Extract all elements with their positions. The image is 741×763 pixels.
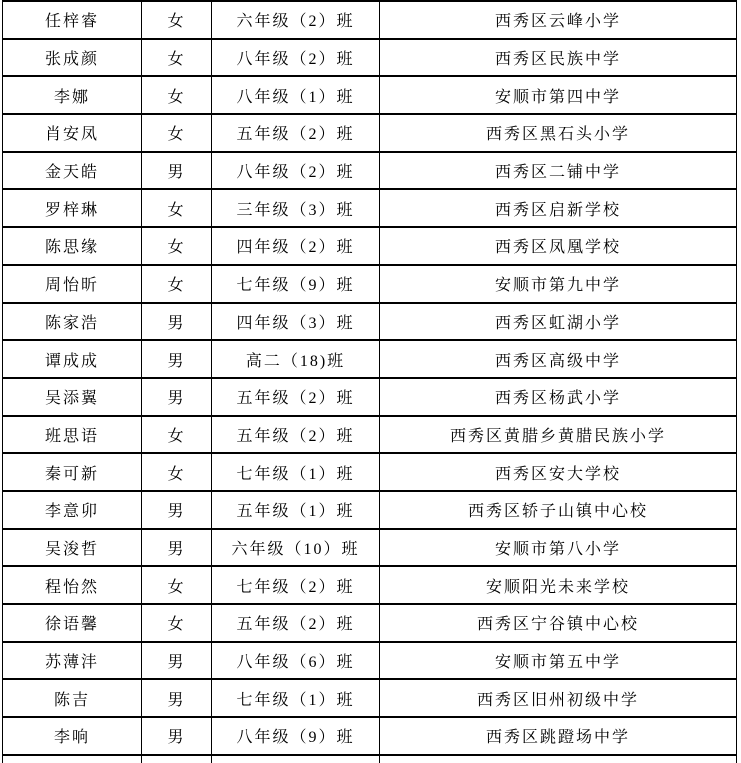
cell-gender: 男 bbox=[142, 303, 212, 341]
table-row: 陈思缘女四年级（2）班西秀区凤凰学校 bbox=[3, 227, 737, 265]
cell-school: 安顺市第四中学 bbox=[380, 76, 737, 114]
cell-grade-class: 六年级（10）班 bbox=[212, 529, 380, 567]
cell-grade-class: 八年级（9）班 bbox=[212, 717, 380, 755]
cell-name: 苏薄沣 bbox=[3, 642, 142, 680]
table-row: 李响男八年级（9）班西秀区跳蹬场中学 bbox=[3, 717, 737, 755]
cell-school: 西秀区黄腊乡黄腊民族小学 bbox=[380, 416, 737, 454]
cell-grade-class: 八年级（1）班 bbox=[212, 76, 380, 114]
cell-school: 安顺市第五中学 bbox=[380, 642, 737, 680]
cell-empty bbox=[3, 755, 142, 763]
table-body: 任梓睿女六年级（2）班西秀区云峰小学张成颜女八年级（2）班西秀区民族中学李娜女八… bbox=[3, 1, 737, 763]
cell-gender: 女 bbox=[142, 604, 212, 642]
cell-gender: 男 bbox=[142, 378, 212, 416]
cell-school: 西秀区旧州初级中学 bbox=[380, 679, 737, 717]
cell-gender: 男 bbox=[142, 529, 212, 567]
table-row: 肖安凤女五年级（2）班西秀区黑石头小学 bbox=[3, 114, 737, 152]
cell-gender: 女 bbox=[142, 227, 212, 265]
cell-school: 西秀区凤凰学校 bbox=[380, 227, 737, 265]
cell-school: 西秀区杨武小学 bbox=[380, 378, 737, 416]
cell-name: 周怡昕 bbox=[3, 265, 142, 303]
cell-school: 西秀区虹湖小学 bbox=[380, 303, 737, 341]
table-row: 张成颜女八年级（2）班西秀区民族中学 bbox=[3, 39, 737, 77]
cell-name: 陈思缘 bbox=[3, 227, 142, 265]
cell-name: 秦可新 bbox=[3, 453, 142, 491]
cell-name: 肖安凤 bbox=[3, 114, 142, 152]
cell-gender: 男 bbox=[142, 491, 212, 529]
table-row: 程怡然女七年级（2）班安顺阳光未来学校 bbox=[3, 566, 737, 604]
cell-grade-class: 五年级（1）班 bbox=[212, 491, 380, 529]
cell-school: 西秀区民族中学 bbox=[380, 39, 737, 77]
cell-name: 李意卯 bbox=[3, 491, 142, 529]
cell-grade-class: 八年级（2）班 bbox=[212, 152, 380, 190]
student-roster-page: 任梓睿女六年级（2）班西秀区云峰小学张成颜女八年级（2）班西秀区民族中学李娜女八… bbox=[0, 0, 741, 763]
table-row: 徐语馨女五年级（2）班西秀区宁谷镇中心校 bbox=[3, 604, 737, 642]
cell-school: 安顺阳光未来学校 bbox=[380, 566, 737, 604]
cell-name: 程怡然 bbox=[3, 566, 142, 604]
table-row: 罗梓琳女三年级（3）班西秀区启新学校 bbox=[3, 189, 737, 227]
cell-name: 李响 bbox=[3, 717, 142, 755]
cell-grade-class: 高二（18)班 bbox=[212, 340, 380, 378]
cell-gender: 女 bbox=[142, 114, 212, 152]
cell-name: 金天皓 bbox=[3, 152, 142, 190]
cell-grade-class: 八年级（2）班 bbox=[212, 39, 380, 77]
cell-empty bbox=[212, 755, 380, 763]
cell-grade-class: 七年级（9）班 bbox=[212, 265, 380, 303]
cell-school: 西秀区黑石头小学 bbox=[380, 114, 737, 152]
cell-name: 张成颜 bbox=[3, 39, 142, 77]
cell-grade-class: 五年级（2）班 bbox=[212, 416, 380, 454]
table-row-partial bbox=[3, 755, 737, 763]
cell-empty bbox=[142, 755, 212, 763]
cell-grade-class: 五年级（2）班 bbox=[212, 604, 380, 642]
cell-name: 吴浚哲 bbox=[3, 529, 142, 567]
cell-grade-class: 八年级（6）班 bbox=[212, 642, 380, 680]
table-row: 周怡昕女七年级（9）班安顺市第九中学 bbox=[3, 265, 737, 303]
cell-gender: 女 bbox=[142, 76, 212, 114]
cell-gender: 女 bbox=[142, 566, 212, 604]
table-row: 陈家浩男四年级（3）班西秀区虹湖小学 bbox=[3, 303, 737, 341]
cell-school: 安顺市第八小学 bbox=[380, 529, 737, 567]
cell-name: 谭成成 bbox=[3, 340, 142, 378]
cell-gender: 男 bbox=[142, 340, 212, 378]
cell-name: 吴添翼 bbox=[3, 378, 142, 416]
cell-gender: 男 bbox=[142, 642, 212, 680]
cell-gender: 男 bbox=[142, 152, 212, 190]
table-row: 谭成成男高二（18)班西秀区高级中学 bbox=[3, 340, 737, 378]
table-row: 秦可新女七年级（1）班西秀区安大学校 bbox=[3, 453, 737, 491]
cell-school: 西秀区启新学校 bbox=[380, 189, 737, 227]
table-row: 班思语女五年级（2）班西秀区黄腊乡黄腊民族小学 bbox=[3, 416, 737, 454]
cell-gender: 女 bbox=[142, 189, 212, 227]
cell-grade-class: 七年级（1）班 bbox=[212, 453, 380, 491]
cell-school: 西秀区高级中学 bbox=[380, 340, 737, 378]
cell-grade-class: 七年级（2）班 bbox=[212, 566, 380, 604]
cell-gender: 女 bbox=[142, 39, 212, 77]
cell-name: 陈家浩 bbox=[3, 303, 142, 341]
cell-grade-class: 七年级（1）班 bbox=[212, 679, 380, 717]
cell-school: 西秀区安大学校 bbox=[380, 453, 737, 491]
cell-gender: 女 bbox=[142, 1, 212, 39]
table-row: 李意卯男五年级（1）班西秀区轿子山镇中心校 bbox=[3, 491, 737, 529]
cell-empty bbox=[380, 755, 737, 763]
cell-name: 徐语馨 bbox=[3, 604, 142, 642]
cell-grade-class: 三年级（3）班 bbox=[212, 189, 380, 227]
cell-gender: 男 bbox=[142, 679, 212, 717]
cell-school: 西秀区跳蹬场中学 bbox=[380, 717, 737, 755]
cell-grade-class: 五年级（2）班 bbox=[212, 114, 380, 152]
cell-name: 李娜 bbox=[3, 76, 142, 114]
cell-school: 西秀区二铺中学 bbox=[380, 152, 737, 190]
cell-school: 西秀区云峰小学 bbox=[380, 1, 737, 39]
cell-name: 罗梓琳 bbox=[3, 189, 142, 227]
cell-grade-class: 六年级（2）班 bbox=[212, 1, 380, 39]
cell-school: 安顺市第九中学 bbox=[380, 265, 737, 303]
cell-grade-class: 四年级（2）班 bbox=[212, 227, 380, 265]
cell-gender: 女 bbox=[142, 416, 212, 454]
cell-name: 班思语 bbox=[3, 416, 142, 454]
table-row: 任梓睿女六年级（2）班西秀区云峰小学 bbox=[3, 1, 737, 39]
cell-gender: 男 bbox=[142, 717, 212, 755]
student-roster-table: 任梓睿女六年级（2）班西秀区云峰小学张成颜女八年级（2）班西秀区民族中学李娜女八… bbox=[2, 0, 737, 763]
cell-grade-class: 五年级（2）班 bbox=[212, 378, 380, 416]
table-row: 陈吉男七年级（1）班西秀区旧州初级中学 bbox=[3, 679, 737, 717]
cell-school: 西秀区宁谷镇中心校 bbox=[380, 604, 737, 642]
table-row: 金天皓男八年级（2）班西秀区二铺中学 bbox=[3, 152, 737, 190]
cell-name: 陈吉 bbox=[3, 679, 142, 717]
cell-name: 任梓睿 bbox=[3, 1, 142, 39]
cell-school: 西秀区轿子山镇中心校 bbox=[380, 491, 737, 529]
table-row: 吴添翼男五年级（2）班西秀区杨武小学 bbox=[3, 378, 737, 416]
table-row: 苏薄沣男八年级（6）班安顺市第五中学 bbox=[3, 642, 737, 680]
cell-gender: 女 bbox=[142, 265, 212, 303]
cell-grade-class: 四年级（3）班 bbox=[212, 303, 380, 341]
table-row: 吴浚哲男六年级（10）班安顺市第八小学 bbox=[3, 529, 737, 567]
table-row: 李娜女八年级（1）班安顺市第四中学 bbox=[3, 76, 737, 114]
cell-gender: 女 bbox=[142, 453, 212, 491]
